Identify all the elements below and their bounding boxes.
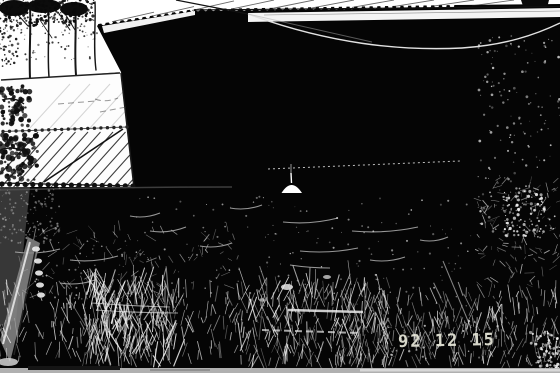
date-stamp: 92 12 15 bbox=[398, 330, 496, 352]
photograph: 92 12 15 bbox=[0, 0, 560, 373]
lamp-stem bbox=[291, 173, 292, 183]
